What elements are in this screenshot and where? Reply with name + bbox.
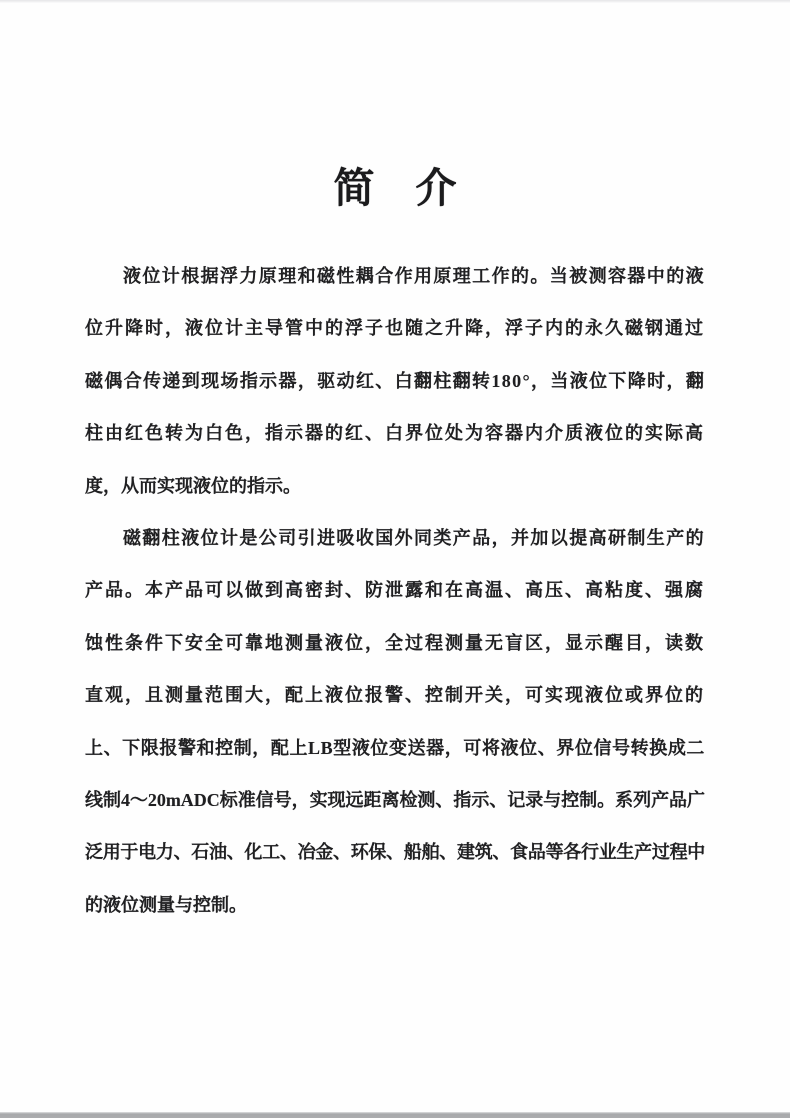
- text-line: 磁偶合传递到现场指示器，驱动红、白翻柱翻转180°，当液位下降时，翻: [85, 355, 705, 407]
- text-line: 泛用于电力、石油、化工、冶金、环保、船舶、建筑、食品等各行业生产过程中: [85, 826, 705, 878]
- document-body: 液位计根据浮力原理和磁性耦合作用原理工作的。当被测容器中的液位升降时，液位计主导…: [85, 250, 705, 931]
- page-title: 简 介: [0, 166, 790, 210]
- text-line: 蚀性条件下安全可靠地测量液位，全过程测量无盲区，显示醒目，读数: [85, 617, 705, 669]
- scanned-document-page: 简 介 液位计根据浮力原理和磁性耦合作用原理工作的。当被测容器中的液位升降时，液…: [0, 0, 790, 1118]
- text-line: 直观，且测量范围大，配上液位报警、控制开关，可实现液位或界位的: [85, 669, 705, 721]
- text-line: 度，从而实现液位的指示。: [85, 460, 705, 512]
- text-line: 磁翻柱液位计是公司引进吸收国外同类产品，并加以提高研制生产的: [85, 512, 705, 564]
- text-line: 上、下限报警和控制，配上LB型液位变送器，可将液位、界位信号转换成二: [85, 722, 705, 774]
- text-line: 柱由红色转为白色，指示器的红、白界位处为容器内介质液位的实际高: [85, 407, 705, 459]
- text-line: 液位计根据浮力原理和磁性耦合作用原理工作的。当被测容器中的液: [85, 250, 705, 302]
- paragraph: 磁翻柱液位计是公司引进吸收国外同类产品，并加以提高研制生产的产品。本产品可以做到…: [85, 512, 705, 931]
- text-line: 线制4～20mADC标准信号，实现远距离检测、指示、记录与控制。系列产品广: [85, 774, 705, 826]
- text-line: 产品。本产品可以做到高密封、防泄露和在高温、高压、高粘度、强腐: [85, 564, 705, 616]
- paragraph: 液位计根据浮力原理和磁性耦合作用原理工作的。当被测容器中的液位升降时，液位计主导…: [85, 250, 705, 512]
- text-line: 位升降时，液位计主导管中的浮子也随之升降，浮子内的永久磁钢通过: [85, 302, 705, 354]
- page-bottom-edge: [0, 1112, 790, 1118]
- text-line: 的液位测量与控制。: [85, 879, 705, 931]
- page-top-edge: [0, 0, 790, 3]
